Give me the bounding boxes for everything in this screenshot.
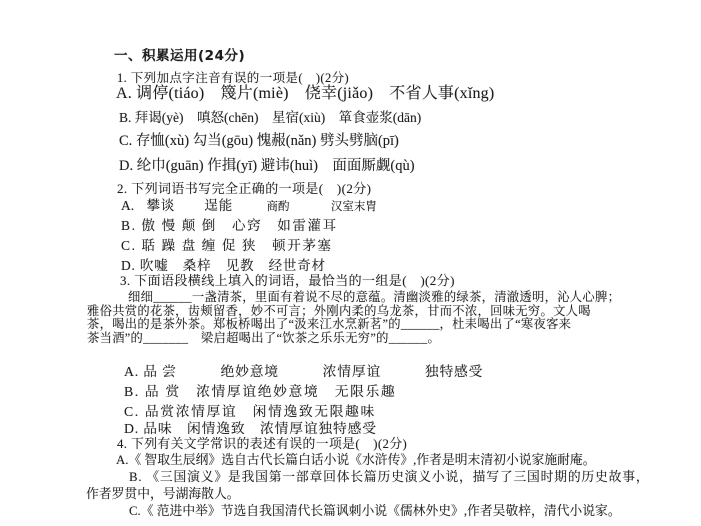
q2-option-c: C. 聒 躁 盘 缠 促 狭 顿开茅塞 <box>121 238 333 254</box>
exam-paper-scan: 一、积累运用(24分) 1. 下列加点字注音有误的一项是( )(2分) A. 调… <box>0 0 701 526</box>
q1-option-d: D. 纶巾(guān) 作揖(yī) 避讳(huì) 面面厮觑(qù) <box>119 158 415 175</box>
q3-option-c: C. 品赏浓情厚谊 闲情逸致无限趣味 <box>124 404 376 420</box>
q2-option-a-word2: 逞能 <box>204 198 233 214</box>
q2-option-d: D. 吹嘘 桑梓 见教 经世奇材 <box>121 258 326 274</box>
q3-option-b: B. 品 赏 浓情厚谊绝妙意境 无限乐趣 <box>124 384 396 400</box>
q2-stem: 2. 下列词语书写完全正确的一项是( )(2分) <box>117 182 371 197</box>
q3-passage-line-4: 茶当酒”的_______ 梁启超喝出了“饮茶之乐乐无穷”的______。 <box>87 331 440 345</box>
q2-option-a-word1: 攀谈 <box>147 198 176 214</box>
q2-option-a-label: A. <box>121 198 134 214</box>
q2-option-b: B. 傲 慢 颠 倒 心窍 如雷灌耳 <box>121 218 338 234</box>
q2-option-a-word3: 商酌 <box>266 201 289 214</box>
q1-option-a: A. 调停(tiáo) 篾片(miè) 侥幸(jiǎo) 不省人事(xǐng) <box>116 85 494 103</box>
q3-passage-line-1: 细细______一盏清茶，里面有着说不尽的意蕴。清幽淡雅的绿茶，清澈透明，沁人心… <box>128 290 620 304</box>
q3-passage-line-3: 茶，喝出的是茶外茶。郑板桥喝出了“汲来江水烹新茗”的______，杜耒喝出了“寒… <box>87 317 571 331</box>
q1-option-b: B. 拜谒(yè) 嗔怒(chēn) 星宿(xiù) 箪食壶浆(dān) <box>119 110 421 126</box>
section-title: 一、积累运用(24分) <box>114 49 245 65</box>
q3-option-a: A. 品 尝 绝妙意境 浓情厚谊 独特感受 <box>124 364 483 380</box>
q3-stem: 3. 下面语段横线上填入的词语，最恰当的一组是( )(2分) <box>120 274 455 289</box>
q2-option-a: A. 攀谈 逞能 商酌 汉室末胄 <box>121 198 377 214</box>
q1-option-c: C. 存恤(xù) 勾当(gōu) 愧赧(nǎn) 劈头劈脑(pī) <box>119 133 399 150</box>
q4-option-b-line-2: 作者罗贯中，号湖海散人。 <box>86 487 240 502</box>
q1-stem: 1. 下列加点字注音有误的一项是( )(2分) <box>117 71 349 85</box>
q4-option-c: C.《 范进中举》节选自我国清代长篇讽刺小说《儒林外史》,作者吴敬梓，清代小说家… <box>129 504 621 519</box>
q4-stem: 4. 下列有关文学常识的表述有误的一项是( )(2分) <box>117 437 407 452</box>
q4-option-a: A.《 智取生辰纲》选自古代长篇白话小说《水浒传》,作者是明末清初小说家施耐庵。 <box>116 453 596 468</box>
q2-option-a-word4: 汉室末胄 <box>331 201 377 213</box>
q3-option-d: D. 品味 闲情逸致 浓情厚谊独特感受 <box>124 421 377 437</box>
q4-option-b-line-1: B. 《三国演义》是我国第一部章回体长篇历史演义小说，描写了三国时期的历史故事， <box>129 470 649 485</box>
